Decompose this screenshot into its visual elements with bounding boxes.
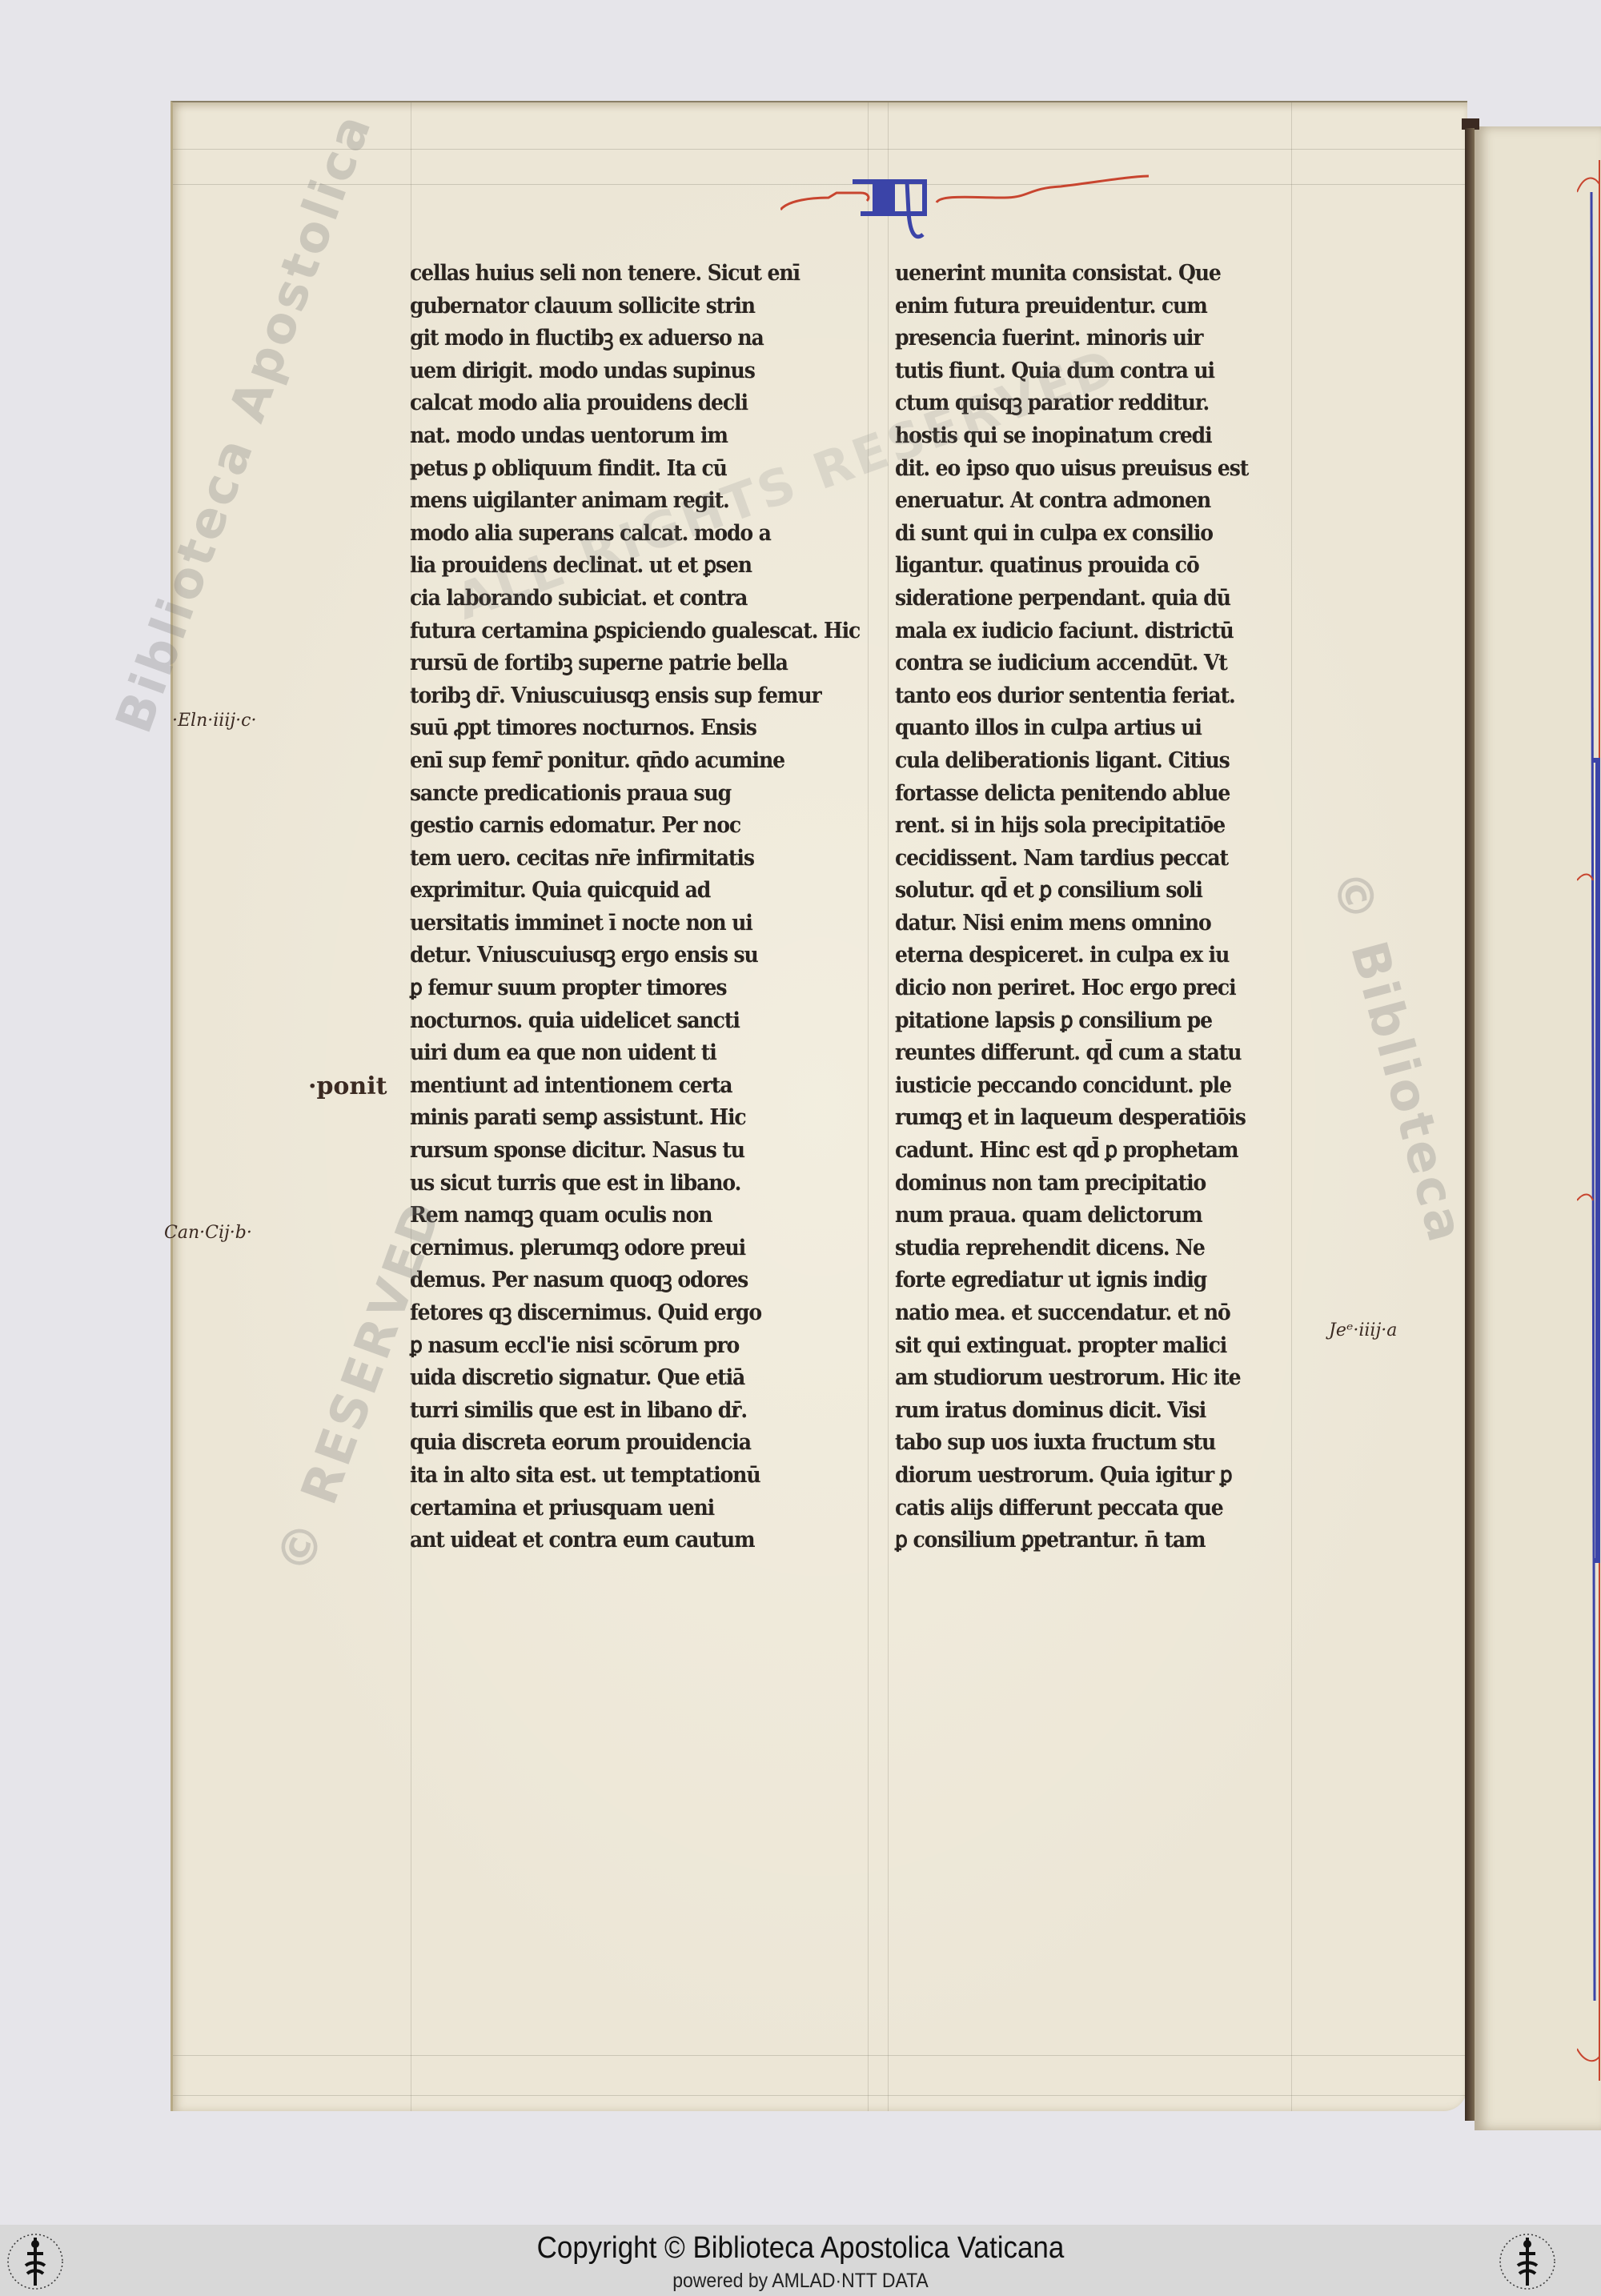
text-line: rumqꝫ et in laqueum desperatiōis: [895, 1102, 1312, 1135]
marginal-note: ·ponit: [308, 1072, 387, 1100]
text-line: us sicut turris que est in libano.: [410, 1168, 827, 1200]
text-line: turri similis que est in libano dr̄.: [410, 1395, 827, 1428]
text-line: sancte predicationis praua sug: [410, 778, 827, 811]
book-gutter: [1465, 128, 1475, 2121]
text-line: git modo in fluctibꝫ ex aduerso na: [410, 323, 827, 355]
text-line: diorum uestrorum. Quia igitur ꝑ: [895, 1460, 1312, 1493]
text-line: certamina et priusquam ueni: [410, 1493, 827, 1525]
text-line: cellas huius seli non tenere. Sicut enī: [410, 258, 827, 291]
text-line: studia reprehendit dicens. Ne: [895, 1232, 1312, 1265]
text-line: rursum sponse dicitur. Nasus tu: [410, 1135, 827, 1168]
marginal-note: Can·Cij·b·: [164, 1223, 252, 1243]
text-line: cecidissent. Nam tardius peccat: [895, 843, 1312, 876]
text-line: mentiunt ad intentionem certa: [410, 1070, 827, 1103]
text-line: quanto illos in culpa artius ui: [895, 712, 1312, 745]
text-line: nocturnos. quia uidelicet sancti: [410, 1005, 827, 1038]
text-line: demus. Per nasum quoqꝫ odores: [410, 1264, 827, 1297]
text-line: enim futura preuidentur. cum: [895, 291, 1312, 323]
text-line: uem dirigit. modo undas supinus: [410, 355, 827, 388]
text-line: forte egrediatur ut ignis indig: [895, 1264, 1312, 1297]
text-line: nat. modo undas uentorum im: [410, 420, 827, 453]
text-line: di sunt qui in culpa ex consilio: [895, 518, 1312, 551]
text-line: dominus non tam precipitatio: [895, 1168, 1312, 1200]
text-line: suū ꝓpt timores nocturnos. Ensis: [410, 712, 827, 745]
text-line: contra se iudicium accendūt. Vt: [895, 647, 1312, 680]
ruling-line: [173, 2095, 1467, 2096]
text-line: toribꝫ dr̄. Vniuscuiusqꝫ ensis sup femur: [410, 680, 827, 713]
text-line: quia discreta eorum prouidencia: [410, 1427, 827, 1460]
text-line: solutur. qd̄ et ꝑ consilium soli: [895, 875, 1312, 908]
text-line: ꝑ nasum eccl'ie nisi scōrum pro: [410, 1330, 827, 1363]
text-line: dicio non periret. Hoc ergo preci: [895, 972, 1312, 1005]
text-line: uersitatis imminet ī nocte non ui: [410, 908, 827, 940]
marginal-note: Jeᵉ·iiij·a: [1329, 1320, 1397, 1340]
text-line: ꝑ femur suum propter timores: [410, 972, 827, 1005]
text-line: uenerint munita consistat. Que: [895, 258, 1312, 291]
text-line: cernimus. plerumqꝫ odore preui: [410, 1232, 827, 1265]
text-line: rursū de fortibꝫ superne patrie bella: [410, 647, 827, 680]
text-line: datur. Nisi enim mens omnino: [895, 908, 1312, 940]
text-line: calcat modo alia prouidens decli: [410, 387, 827, 420]
text-line: detur. Vniuscuiusqꝫ ergo ensis su: [410, 940, 827, 972]
powered-by-text: powered by AMLAD·NTT DATA: [64, 2270, 1537, 2293]
text-line: natio mea. et succendatur. et nō: [895, 1297, 1312, 1330]
text-line: tanto eos durior sententia feriat.: [895, 680, 1312, 713]
text-line: catis alijs differunt peccata que: [895, 1493, 1312, 1525]
text-line: rum iratus dominus dicit. Visi: [895, 1395, 1312, 1428]
ruling-line: [173, 2055, 1467, 2056]
text-line: cadunt. Hinc est qd̄ ꝑ prophetam: [895, 1135, 1312, 1168]
text-line: uiri dum ea que non uident ti: [410, 1037, 827, 1070]
text-line: ꝑ consilium ꝑpetrantur. n̄ tam: [895, 1525, 1312, 1557]
text-line: ligantur. quatinus prouida cō: [895, 550, 1312, 583]
text-line: eterna despiceret. in culpa ex iu: [895, 940, 1312, 972]
ruling-column-right-left-edge: [888, 102, 889, 2111]
text-line: uida discretio signatur. Que etiā: [410, 1362, 827, 1395]
text-line: rent. si in hijs sola precipitatiōe: [895, 810, 1312, 843]
text-line: pitatione lapsis ꝑ consilium pe: [895, 1005, 1312, 1038]
running-head-letter-icon: [780, 164, 1157, 244]
vatican-library-logo-icon: [3, 2230, 67, 2294]
text-line: reuntes differunt. qd̄ cum a statu: [895, 1037, 1312, 1070]
vatican-library-logo-icon: [1495, 2230, 1559, 2294]
text-line: cula deliberationis ligant. Citius: [895, 745, 1312, 778]
text-line: sit qui extinguat. propter malici: [895, 1330, 1312, 1363]
text-line: fetores qꝫ discernimus. Quid ergo: [410, 1297, 827, 1330]
text-line: exprimitur. Quia quicquid ad: [410, 875, 827, 908]
border-decoration-icon: [1577, 160, 1601, 2081]
text-line: mala ex iudicio faciunt. districtū: [895, 615, 1312, 648]
copyright-footer: Copyright © Biblioteca Apostolica Vatica…: [0, 2225, 1601, 2296]
text-line: tabo sup uos iuxta fructum stu: [895, 1427, 1312, 1460]
text-column-right: uenerint munita consistat. Que enim futu…: [895, 258, 1343, 1557]
text-line: ant uideat et contra eum cautum: [410, 1525, 827, 1557]
ruling-column-left-right-edge: [868, 102, 869, 2111]
text-line: ita in alto sita est. ut temptationū: [410, 1460, 827, 1493]
text-line: num praua. quam delictorum: [895, 1200, 1312, 1232]
text-line: am studiorum uestrorum. Hic ite: [895, 1362, 1312, 1395]
text-line: fortasse delicta penitendo ablue: [895, 778, 1312, 811]
text-line: minis parati semꝑ assistunt. Hic: [410, 1102, 827, 1135]
text-line: tem uero. cecitas nr̄e infirmitatis: [410, 843, 827, 876]
text-line: eneruatur. At contra admonen: [895, 485, 1312, 518]
text-line: gestio carnis edomatur. Per noc: [410, 810, 827, 843]
copyright-text: Copyright © Biblioteca Apostolica Vatica…: [64, 2231, 1537, 2266]
marginal-note: ·Eln·iiij·c·: [172, 711, 257, 731]
text-line: enī sup femr̄ ponitur. qn̄do acumine: [410, 745, 827, 778]
text-line: Rem namqꝫ quam oculis non: [410, 1200, 827, 1232]
text-line: dit. eo ipso quo uisus preuisus est: [895, 453, 1312, 486]
text-line: gubernator clauum sollicite strin: [410, 291, 827, 323]
text-line: iusticie peccando concidunt. ple: [895, 1070, 1312, 1103]
text-line: sideratione perpendant. quia dū: [895, 583, 1312, 615]
